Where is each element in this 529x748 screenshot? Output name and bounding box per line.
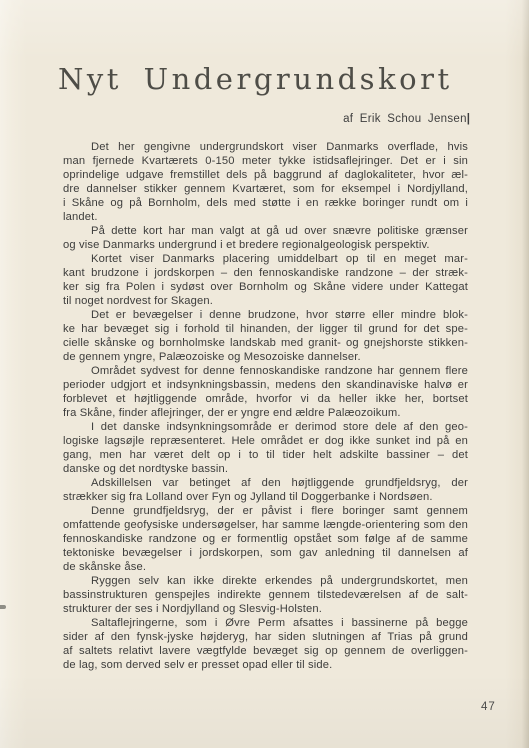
text-line: Adskillelsen var betinget af den højtlig… [63,476,468,490]
text-line: de gennem yngre, Palæozoiske og Mesozois… [63,350,468,364]
byline-cursor-mark: | [467,113,470,125]
text-line: oprindelige udgave fremstillet dels på b… [63,168,468,182]
text-line: og vise Danmarks undergrund i et bredere… [63,238,468,252]
text-line: gang, men har været delt op i to til tid… [63,448,468,462]
text-line: strækker sig fra Lolland over Fyn og Jyl… [63,490,468,504]
text-line: På dette kort har man valgt at gå ud ove… [63,224,468,238]
text-line: sider af den fynsk-jyske højderyg, har s… [63,630,468,644]
text-line: tektoniske bevægelser i jordskorpen, som… [63,546,468,560]
text-line: logiske lagsøjle repræsenteret. Hele omr… [63,434,468,448]
text-line: dre dannelser stikker gennem Kvartæret, … [63,182,468,196]
text-line: Området sydvest for denne fennoskandiske… [63,364,468,378]
text-line: de lag, som derved selv er presset opad … [63,658,468,672]
byline-text: af Erik Schou Jensen [343,113,467,125]
text-line: Ryggen selv kan ikke direkte erkendes på… [63,574,468,588]
text-line: bassinstrukturen genspejles indirekte ge… [63,588,468,602]
text-line: Det er bevægelser i denne brudzone, hvor… [63,308,468,322]
text-line: til noget nordvest for Skagen. [63,294,468,308]
text-line: fra Skåne, finder aflejringer, der er yn… [63,406,468,420]
article-body: Det her gengivne undergrundskort viser D… [63,140,468,672]
text-line: I det danske indsynkningsområde er derim… [63,420,468,434]
text-line: Saltaflejringerne, som i Øvre Perm afsat… [63,616,468,630]
text-line: ker sig fra Polen i sydøst over Bornholm… [63,280,468,294]
text-line: Det her gengivne undergrundskort viser D… [63,140,468,154]
text-line: man fjernede Kvartærets 0-150 meter tykk… [63,154,468,168]
page-number: 47 [481,701,496,713]
text-line: forblevet et højtliggende område, hvorfo… [63,392,468,406]
text-line: fennoskandiske randzone og er formentlig… [63,532,468,546]
text-line: ke har bevæget sig i forhold til hinande… [63,322,468,336]
byline: af Erik Schou Jensen| [343,113,470,125]
text-line: danske og det nordtyske bassin. [63,462,468,476]
text-line: Denne grundfjeldsryg, der er påvist i fl… [63,504,468,518]
text-line: kant brudzone i jordskorpen – den fennos… [63,266,468,280]
text-line: Kortet viser Danmarks placering umiddelb… [63,252,468,266]
document-page: Nyt Undergrundskort af Erik Schou Jensen… [0,0,529,748]
page-title: Nyt Undergrundskort [58,62,453,96]
text-line: perioder udgjort et indsynkningsbassin, … [63,378,468,392]
text-line: af saltets relativt lavere vægtfylde bev… [63,644,468,658]
text-line: omfattende geofysiske undersøgelser, har… [63,518,468,532]
scan-speck-artifact [0,605,6,609]
text-line: cielle skånske og bornholmske landskab m… [63,336,468,350]
text-line: i Skåne og på Bornholm, dels med støtte … [63,196,468,210]
text-line: de skånske åse. [63,560,468,574]
text-line: landet. [63,210,468,224]
text-line: strukturer der ses i Nordjylland og Sles… [63,602,468,616]
